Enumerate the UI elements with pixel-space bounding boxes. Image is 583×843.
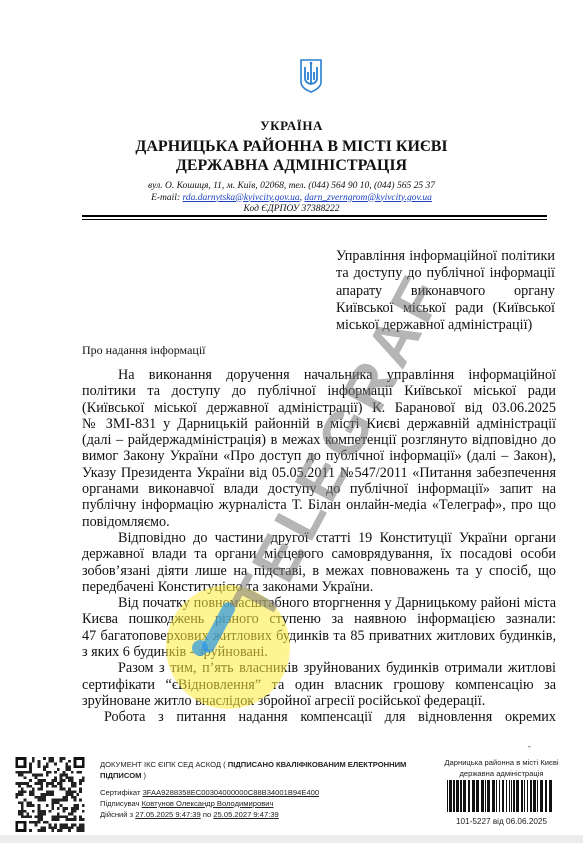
- text-line: Разом з тим, п’ять власників зруйнованих…: [82, 660, 556, 676]
- certificate-row: Сертифікат 3FAA9288358EC00304000000C88B3…: [100, 787, 420, 798]
- text-line: Від початку повномасштабного вторгнення …: [82, 595, 556, 611]
- text-line: політики та доступу до публічної інформа…: [82, 383, 556, 399]
- paragraph-5: Робота з питання надання компенсації для…: [82, 709, 556, 725]
- text-line: Указу Президента України від 05.05.2011 …: [82, 465, 556, 481]
- signature-block: ДОКУМЕНТ ІКС ЄІПК СЕД АСКОД ( ПІДПИСАНО …: [100, 759, 420, 820]
- cert-label: Сертифікат: [100, 788, 140, 797]
- text-line: публічну інформацію журналіста Т. Білан …: [82, 497, 556, 513]
- text-line: зруйноване житло внаслідок збройної агре…: [82, 693, 556, 709]
- barcode-icon: [447, 780, 555, 812]
- signer-row: Підписувач Ковтунов Олександр Володимиро…: [100, 798, 420, 809]
- signer-value: Ковтунов Олександр Володимирович: [142, 799, 274, 808]
- addressee-line: міської державної адміністрації): [336, 317, 555, 334]
- email-label: E-mail:: [151, 193, 180, 203]
- text-line: На виконання доручення начальника управл…: [82, 367, 556, 383]
- letter-body: На виконання доручення начальника управл…: [82, 367, 556, 726]
- addressee-line: Управління інформаційної політики: [336, 248, 555, 265]
- header-rule-thick: [82, 215, 547, 217]
- text-line: вимог Закону України «Про доступ до публ…: [82, 448, 556, 464]
- text-line: зобов’язані діяти лише на підставі, в ме…: [82, 563, 556, 579]
- text-line: (Київської міської державної адміністрац…: [82, 400, 556, 416]
- valid-to: 25.05.2027 9:47:39: [213, 810, 278, 819]
- text-line: передбачені Конституцією та законами Укр…: [82, 579, 556, 595]
- paragraph-4: Разом з тим, п’ять власників зруйнованих…: [82, 660, 556, 709]
- signature-title: ДОКУМЕНТ ІКС ЄІПК СЕД АСКОД ( ПІДПИСАНО …: [100, 759, 420, 781]
- text-line: № ЗМІ-831 у Дарницькій районній в місті …: [82, 416, 556, 432]
- text-line: Києва пошкоджень різного ступеню за наяв…: [82, 611, 556, 627]
- subject-line: Про надання інформації: [82, 343, 206, 358]
- paragraph-1: На виконання доручення начальника управл…: [82, 367, 556, 530]
- page-mark: -: [528, 742, 531, 751]
- text-line: органами виконавчої влади доступу до пуб…: [82, 481, 556, 497]
- header-rule-thin: [82, 219, 547, 220]
- email-link-1[interactable]: rda.darnytska@kyivcity.gov.ua: [183, 193, 300, 203]
- registration-number: 101-5227 від 06.06.2025: [420, 817, 583, 826]
- contact-block: вул. О. Кошиця, 11, м. Київ, 02068, тел.…: [0, 181, 583, 216]
- page-bottom-strip: [0, 835, 583, 843]
- org-line-2: ДЕРЖАВНА АДМІНІСТРАЦІЯ: [0, 156, 583, 175]
- valid-from: 27.05.2025 9:47:39: [135, 810, 200, 819]
- reg-org-line-1: Дарницька районна в місті Києві: [420, 757, 583, 768]
- paragraph-3: Від початку повномасштабного вторгнення …: [82, 595, 556, 660]
- text-line: з яких 6 будинків - зруйновані.: [82, 644, 556, 660]
- email-link-2[interactable]: darn_zverngrom@kyivcity.gov.ua: [304, 193, 431, 203]
- paragraph-2: Відповідно до частини другої статті 19 К…: [82, 530, 556, 595]
- text-line: Відповідно до частини другої статті 19 К…: [82, 530, 556, 546]
- org-line-1: ДАРНИЦЬКА РАЙОННА В МІСТІ КИЄВІ: [0, 137, 583, 156]
- addressee-line: апарату виконавчого органу: [336, 283, 555, 300]
- text-line: (далі – райдержадміністрація) в межах ко…: [82, 432, 556, 448]
- registration-org: Дарницька районна в місті Києві державна…: [420, 757, 583, 779]
- ukraine-trident-emblem-icon: [299, 58, 323, 94]
- text-line: повідомляємо.: [82, 514, 556, 530]
- address-line: вул. О. Кошиця, 11, м. Київ, 02068, тел.…: [0, 181, 583, 193]
- email-line: E-mail: rda.darnytska@kyivcity.gov.ua, d…: [0, 193, 583, 205]
- edrpou-code: Код ЄДРПОУ 37388222: [0, 204, 583, 216]
- valid-label: Дійсний з: [100, 810, 133, 819]
- email-separator: ,: [300, 193, 302, 203]
- document-page: УКРАЇНА ДАРНИЦЬКА РАЙОННА В МІСТІ КИЄВІ …: [0, 0, 583, 835]
- text-line: державної влади та органи місцевого само…: [82, 546, 556, 562]
- doc-line-prefix: ДОКУМЕНТ ІКС ЄІПК СЕД АСКОД (: [100, 760, 226, 769]
- cert-value: 3FAA9288358EC00304000000C88B34001B94E400: [143, 788, 320, 797]
- text-line: Робота з питання надання компенсації для…: [82, 709, 556, 725]
- validity-row: Дійсний з 27.05.2025 9:47:39 по 25.05.20…: [100, 809, 420, 820]
- valid-to-label: по: [203, 810, 211, 819]
- addressee-line: та доступу до публічної інформації: [336, 265, 555, 282]
- addressee-block: Управління інформаційної політики та дос…: [336, 248, 555, 334]
- text-line: сертифікати “єВідновлення” та один власн…: [82, 677, 556, 693]
- text-line: 47 багатоповерхових житлових будинків та…: [82, 628, 556, 644]
- signer-label: Підписувач: [100, 799, 140, 808]
- country-name: УКРАЇНА: [0, 118, 583, 134]
- organization-name: ДАРНИЦЬКА РАЙОННА В МІСТІ КИЄВІ ДЕРЖАВНА…: [0, 137, 583, 175]
- reg-org-line-2: державна адміністрація: [420, 768, 583, 779]
- qr-code-icon[interactable]: [15, 757, 85, 832]
- doc-line-suffix: ): [144, 771, 147, 780]
- addressee-line: Київської міської ради (Київської: [336, 300, 555, 317]
